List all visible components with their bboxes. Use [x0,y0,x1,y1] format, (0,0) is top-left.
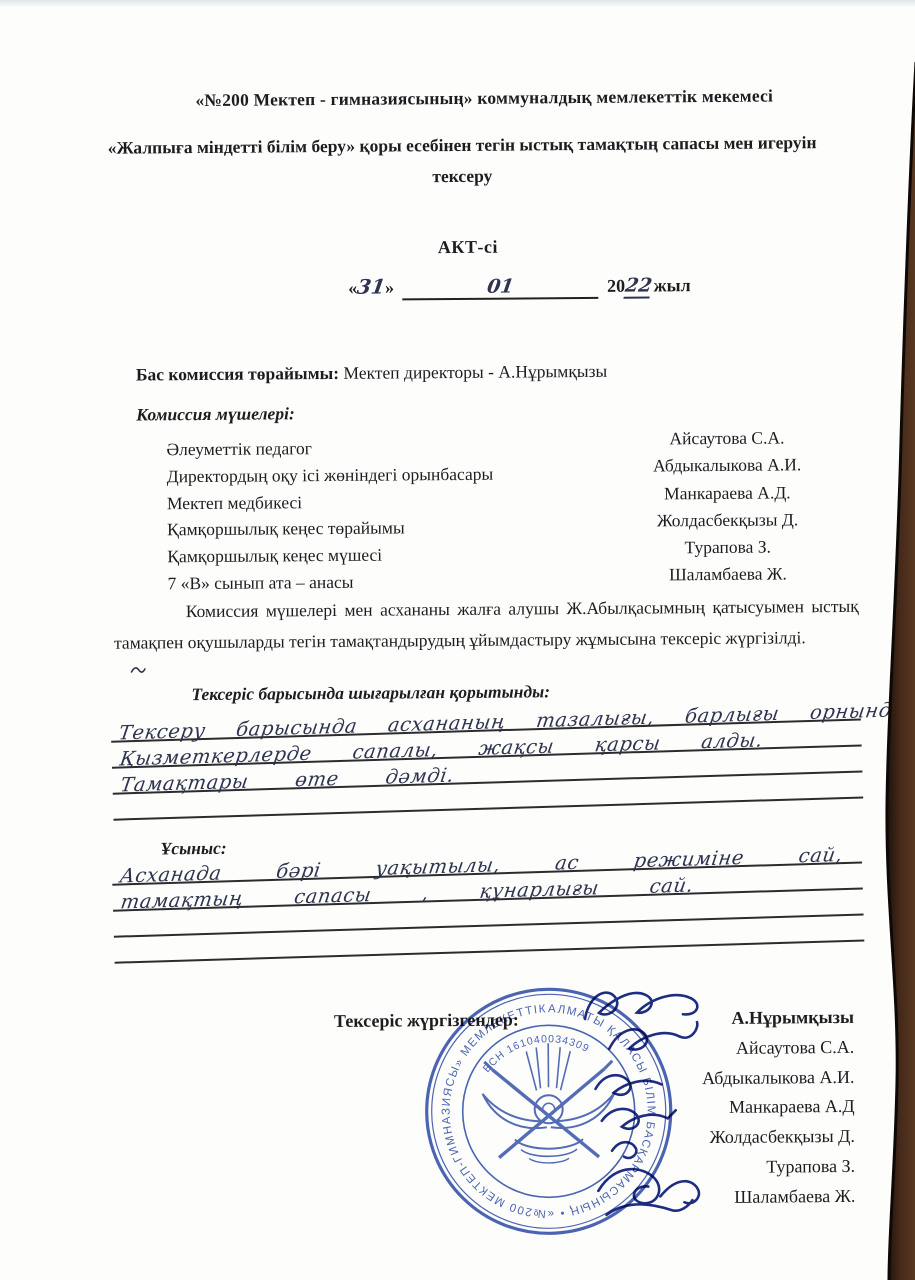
member-roles-column: Әлеуметтік педагог Директордың оқу ісі ж… [166,434,494,597]
act-title: АКТ-сі [98,234,838,261]
document-page: «№200 Мектеп - гимназиясының» коммуналды… [0,0,915,1280]
chairwoman-value: Мектеп директоры - А.Нұрымқызы [339,361,607,383]
chairwoman-label: Бас комиссия төрайымы: [136,363,339,385]
member-name: Манкараева А.Д. [615,479,840,508]
year-prefix: 20 [607,276,625,296]
handwritten-day: 31 [355,275,386,299]
commission-members-label: Комиссия мүшелері: [136,403,295,425]
date-close-quote: » [385,277,394,297]
member-role: Директордың оқу ісі жөніндегі орынбасары [167,461,494,490]
suggestion-handwritten-block: Асханада бәрі уақытылы, ас режиміне сай,… [112,837,865,963]
handwritten-signatures [579,984,731,1220]
handwritten-year: 22 [623,274,653,298]
organization-name: «№200 Мектеп - гимназиясының» коммуналды… [117,85,852,112]
member-role: 7 «В» сынып ата – анасы [167,568,494,597]
member-names-column: Айсаутова С.А. Абдыкалыкова А.И. Манкара… [614,424,840,590]
date-month-blank: 01 [402,275,598,301]
handwritten-month: 01 [486,276,516,298]
member-name: Жолдасбекқызы Д. [615,506,840,535]
member-name: Турапова З. [615,533,840,562]
chairwoman-line: Бас комиссия төрайымы: Мектеп директоры … [136,361,607,386]
stray-pen-mark [129,662,147,676]
member-role: Қамқоршылық кеңес мүшесі [167,541,494,570]
member-role: Мектеп медбикесі [167,487,494,516]
scanned-document-photo: «№200 Мектеп - гимназиясының» коммуналды… [0,0,915,1280]
year-word: жыл [653,275,690,295]
member-name: Айсаутова С.А. [614,424,839,453]
member-name: Абдыкалыкова А.И. [615,451,840,480]
inspection-paragraph: Комиссия мүшелері мен асхананы жалға алу… [114,591,859,659]
conclusion-handwritten-block: Тексеру барысында асхананың тазалығы, ба… [110,694,863,820]
member-role: Қамқоршылық кеңес төрайымы [167,514,494,543]
document-purpose-title: «Жалпыға міндетті білім беру» қоры есебі… [92,127,832,195]
member-name: Шаламбаева Ж. [615,560,840,589]
photo-top-shadow [0,0,915,7]
member-role: Әлеуметтік педагог [166,434,493,463]
act-date-line: «31» 01 2022жыл [348,272,691,301]
conclusion-label: Тексеріс барысында шығарылған қорытынды: [191,681,550,705]
